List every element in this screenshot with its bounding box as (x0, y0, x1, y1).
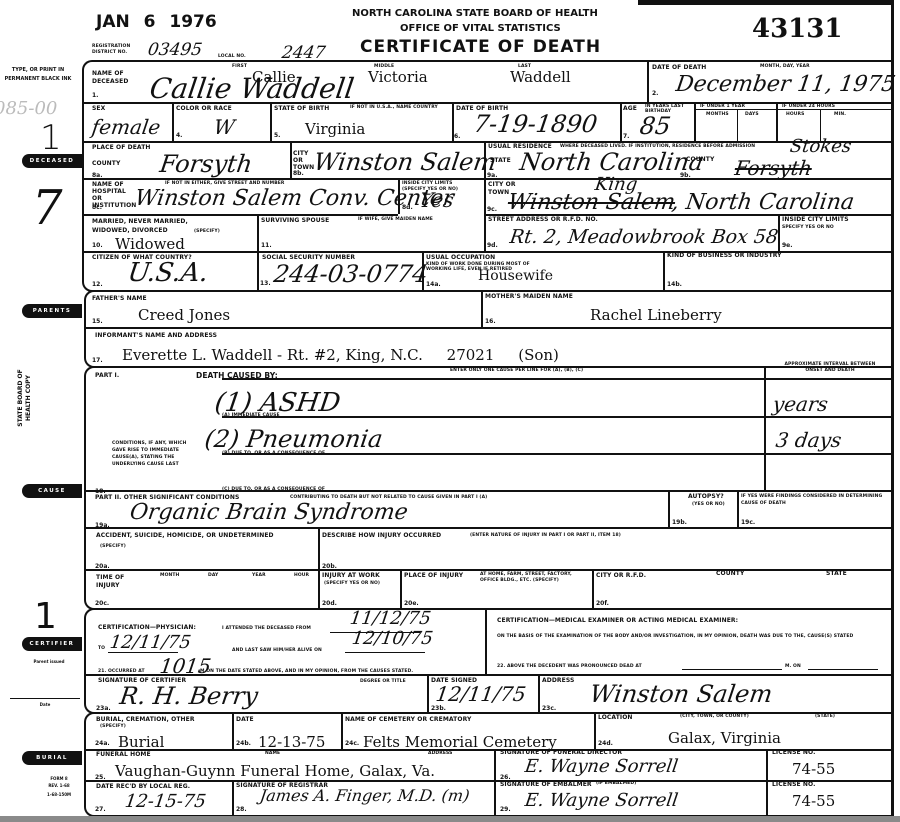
month-label: MONTH (160, 573, 179, 578)
interval-label: APPROXIMATE INTERVAL BETWEEN ONSET AND D… (775, 362, 885, 374)
top-bar (638, 0, 893, 5)
divider (494, 749, 496, 817)
certifier-signature: R. H. Berry (118, 682, 260, 710)
ssn: 244-03-0774 (272, 260, 430, 288)
sex: female (90, 115, 162, 139)
row-line (86, 749, 891, 751)
mother-label: MOTHER'S MAIDEN NAME (485, 293, 573, 300)
sub-line (694, 109, 891, 110)
res-state-label: STATE (490, 157, 511, 164)
burial-date-label: DATE (236, 716, 254, 723)
divider (257, 214, 259, 292)
row-line (86, 327, 891, 329)
item-8c: 8c. (92, 204, 102, 211)
accident-sub: (SPECIFY) (100, 544, 126, 549)
street-label: STREET ADDRESS OR R.F.D. No. (488, 216, 598, 223)
me-m-on: M. ON (785, 664, 801, 669)
margin-mark-2: 7 (32, 180, 63, 236)
item-8d: 8d. (402, 204, 413, 211)
date-of-birth: 7-19-1890 (472, 110, 599, 138)
divider (764, 366, 766, 490)
time-of-injury-label: TIME OF INJURY (96, 574, 136, 590)
row-line (86, 674, 891, 676)
item-13: 13. (260, 280, 271, 287)
age-label: AGE (623, 105, 637, 112)
res-city-state: , North Carolina (670, 190, 856, 215)
date-underline (10, 698, 80, 699)
attended-to: 12/11/75 (109, 632, 193, 653)
form-info-1: FORM 8 (44, 776, 74, 781)
item-7: 7. (623, 133, 629, 140)
divider (538, 675, 540, 713)
county-label: COUNTY (92, 160, 120, 167)
director-label: SIGNATURE OF FUNERAL DIRECTOR (500, 749, 622, 756)
divider (620, 102, 622, 142)
inside-limits: Yes (418, 188, 455, 212)
item-4: 4. (176, 132, 182, 139)
birth-state-label: STATE OF BIRTH (274, 105, 329, 112)
item-1: 1. (92, 92, 98, 99)
funeral-home: Vaughan-Guynn Funeral Home, Galax, Va. (115, 762, 435, 780)
item-15: 15. (92, 318, 103, 325)
autopsy-sub: (YES OR NO) (692, 502, 725, 507)
res-county-struck: Forsyth (733, 156, 813, 180)
address-label: ADDRESS (542, 677, 574, 684)
divider (766, 749, 768, 817)
race-label: COLOR OR RACE (176, 105, 232, 112)
form-info-2: REV. 1-68 (44, 783, 74, 788)
ink-instruction: TYPE, OR PRINT IN PERMANENT BLACK INK (0, 66, 76, 84)
one-cause-note: ENTER ONLY ONE CAUSE PER LINE FOR (a), (… (450, 368, 583, 373)
to-label: TO (98, 646, 105, 651)
res-state: North Carolina (518, 148, 705, 176)
citizenship: U.S.A. (126, 258, 210, 288)
hour-label: HOUR (294, 573, 309, 578)
item-6: 6. (454, 133, 460, 140)
business-label: KIND OF BUSINESS OR INDUSTRY (667, 252, 782, 259)
divider (318, 527, 320, 609)
item-23c: 23c. (542, 705, 556, 712)
sex-label: SEX (92, 105, 105, 112)
degree-label: DEGREE OR TITLE (360, 679, 406, 684)
father-label: FATHER'S NAME (92, 295, 147, 302)
divider (400, 569, 402, 609)
certifier-address: Winston Salem (588, 680, 774, 708)
disposition-label: BURIAL, CREMATION, OTHER (96, 716, 195, 723)
age: 85 (638, 112, 672, 140)
at-work-label: INJURY AT WORK (322, 572, 380, 579)
name-label: NAME OF DECEASED (92, 70, 132, 86)
due-to-b: (2) Pneumonia (203, 425, 384, 453)
last-name: Waddell (510, 68, 571, 86)
attended-text: I ATTENDED THE DECEASED FROM (222, 626, 311, 631)
describe-label: DESCRIBE HOW INJURY OCCURRED (322, 532, 441, 539)
city-rfd-label: CITY OR R.F.D. (596, 572, 646, 579)
row-line (84, 178, 290, 180)
row-line (86, 490, 891, 492)
item-2: 2. (652, 90, 658, 97)
divider (694, 102, 696, 142)
item-11: 11. (261, 242, 272, 249)
describe-sub: (ENTER NATURE OF INJURY IN PART I OR PAR… (470, 533, 621, 538)
row-line (222, 416, 891, 418)
tab-certifier: CERTIFIER (22, 637, 82, 651)
res-inside-label: INSIDE CITY LIMITS (782, 216, 849, 223)
date-note: Date (30, 702, 60, 707)
due-to-b-interval: 3 days (774, 428, 843, 452)
item-29: 29. (500, 806, 511, 813)
fill-line (345, 652, 425, 653)
location-label: LOCATION (598, 714, 633, 721)
race: W (212, 115, 236, 139)
mother-name: Rachel Lineberry (590, 306, 722, 324)
first-label: FIRST (232, 64, 247, 69)
item-5: 5. (274, 132, 280, 139)
director-license: 74-55 (792, 760, 835, 778)
day-label: DAY (208, 573, 218, 578)
res-city: King (594, 174, 639, 195)
item-14a: 14a. (426, 281, 441, 288)
divider (172, 102, 174, 142)
divider (647, 60, 649, 103)
res-county: Stokes (789, 136, 853, 157)
item-23a: 23a. (96, 705, 111, 712)
marital-sub: (SPECIFY) (194, 229, 220, 234)
res-inside-sub: SPECIFY YES OR NO (782, 225, 834, 230)
faint-code: 085-00 (0, 98, 57, 119)
tab-burial: BURIAL (22, 751, 82, 765)
year-label: YEAR (252, 573, 266, 578)
margin-mark-3: 1 (34, 596, 57, 637)
fill-line (682, 669, 782, 670)
divider (270, 102, 272, 142)
tab-deceased: DECEASED (22, 154, 82, 168)
item-19b: 19b. (672, 519, 687, 526)
item-28: 28. (236, 806, 247, 813)
embalmer-license-label: LICENSE NO. (772, 781, 815, 788)
divider (232, 780, 234, 817)
bottom-edge (0, 816, 900, 822)
divider (778, 214, 780, 252)
item-20d: 20d. (322, 600, 337, 607)
informant: Everette L. Waddell - Rt. #2, King, N.C.… (122, 346, 559, 364)
marital-label: MARRIED, NEVER MARRIED, WIDOWED, DIVORCE… (92, 217, 210, 235)
item-14b: 14b. (667, 281, 682, 288)
margin-mark-1: 1 (40, 118, 62, 158)
item-12: 12. (92, 281, 103, 288)
res-county-label: COUNTY (686, 156, 714, 163)
director-license-label: LICENSE NO. (772, 749, 815, 756)
fill-line (108, 652, 178, 653)
divider (668, 490, 670, 528)
item-27: 27. (95, 806, 106, 813)
row-line (84, 214, 398, 216)
months-label: MONTHS (706, 112, 729, 117)
item-9c: 9c. (487, 206, 497, 213)
last-saw-text: AND LAST SAW HIM/HER ALIVE ON (232, 648, 322, 653)
fh-address-label: ADDRESS (428, 751, 452, 756)
embalmer-sub: (IF EMBALMED) (596, 781, 636, 786)
parent-issued-note: Parent issued (24, 659, 74, 664)
item-19c: 19c. (741, 519, 755, 526)
min-label: MIN. (834, 112, 846, 117)
tab-cause: CAUSE (22, 484, 82, 498)
item-9d: 9d. (487, 242, 498, 249)
informant-label: INFORMANT'S NAME AND ADDRESS (95, 332, 217, 339)
conditions-note: CONDITIONS, IF ANY, WHICH GAVE RISE TO I… (112, 440, 187, 468)
father-name: Creed Jones (138, 306, 230, 324)
divider (592, 569, 594, 609)
location-sub: (CITY, TOWN, OR COUNTY) (680, 714, 749, 719)
embalmer-license: 74-55 (792, 792, 835, 810)
registrar-signature: James A. Finger, M.D. (m) (259, 786, 471, 805)
at-work-sub: (SPECIFY YES OR NO) (324, 581, 380, 586)
item-8b: 8b. (293, 170, 304, 177)
divider (481, 290, 483, 328)
item-24b: 24b. (236, 740, 251, 747)
death-city: Winston Salem (312, 148, 498, 176)
divider (484, 141, 486, 253)
item-24c: 24c. (345, 740, 359, 747)
place-of-death-label: PLACE OF DEATH (92, 144, 151, 151)
immediate-interval: years (771, 392, 829, 416)
item-24d: 24d. (598, 740, 613, 747)
days-label: DAYS (745, 112, 759, 117)
registration-label: REGISTRATION DISTRICT NO. (92, 44, 132, 56)
me-label: CERTIFICATION—MEDICAL EXAMINER OR ACTING… (497, 617, 738, 624)
item-20f: 20f. (596, 600, 609, 607)
street-address: Rt. 2, Meadowbrook Box 58 (508, 226, 779, 248)
disposition-sub: (SPECIFY) (100, 724, 126, 729)
injury-county-label: COUNTY (716, 570, 744, 577)
occupation: Housewife (478, 268, 553, 284)
city-label: CITY OR TOWN (293, 150, 313, 171)
row-line (222, 453, 891, 455)
attended-from: 11/12/75 (349, 608, 433, 629)
birth-state-sub: IF NOT IN U.S.A., NAME COUNTRY (350, 105, 438, 110)
row-line (86, 780, 891, 782)
fill-line (808, 669, 878, 670)
row-line (290, 178, 891, 180)
item-20e: 20e. (404, 600, 419, 607)
local-no-label: LOCAL NO. (218, 54, 246, 59)
divider (341, 712, 343, 750)
date-of-death-label: DATE OF DEATH (652, 64, 706, 71)
recd-label: DATE REC'D BY LOCAL REG. (96, 783, 190, 790)
place-injury-label: PLACE OF INJURY (404, 572, 463, 579)
location: Galax, Virginia (668, 729, 781, 747)
divider (737, 490, 739, 528)
physician-label: CERTIFICATION—PHYSICIAN: (98, 624, 196, 631)
spouse-sub: IF WIFE, GIVE MAIDEN NAME (358, 217, 433, 222)
autopsy-label: AUTOPSY? (688, 493, 724, 500)
death-county: Forsyth (158, 150, 254, 178)
certificate-number: 43131 (752, 14, 842, 44)
findings-label: IF YES WERE FINDINGS CONSIDERED IN DETER… (741, 493, 887, 507)
last-saw-date: 12/10/75 (351, 628, 435, 649)
me-text: ON THE BASIS OF THE EXAMINATION OF THE B… (497, 628, 887, 646)
document-title: CERTIFICATE OF DEATH (360, 37, 601, 57)
agency-line-1: NORTH CAROLINA STATE BOARD OF HEALTH (352, 8, 598, 19)
tab-parents: PARENTS (22, 304, 82, 318)
agency-line-2: OFFICE OF VITAL STATISTICS (400, 23, 561, 34)
item-10: 10. (92, 242, 103, 249)
hours-label: HOURS (786, 112, 804, 117)
item-23b: 23b. (431, 705, 446, 712)
date-signed: 12/11/75 (434, 682, 527, 706)
injury-state-label: STATE (826, 570, 847, 577)
location-state-label: (STATE) (815, 714, 835, 719)
row-line (222, 378, 891, 380)
divider (737, 110, 738, 142)
row-line (86, 527, 891, 529)
cemetery-label: NAME OF CEMETERY OR CREMATORY (345, 716, 471, 723)
divider (422, 251, 424, 291)
item-17: 17. (92, 357, 103, 364)
accident-label: ACCIDENT, SUICIDE, HOMICIDE, OR UNDETERM… (96, 532, 274, 539)
occupation-label: USUAL OCCUPATION (426, 254, 495, 261)
filed-stamp: JAN 6 1976 (96, 12, 217, 32)
birth-state: Virginia (305, 120, 365, 138)
divider (776, 102, 778, 142)
spouse-label: SURVIVING SPOUSE (261, 217, 329, 224)
part2-conditions: Organic Brain Syndrome (128, 500, 409, 525)
me-line-22: 22. ABOVE THE DECEDENT WAS PRONOUNCED DE… (497, 664, 642, 669)
divider (232, 712, 234, 750)
director-signature: E. Wayne Sorrell (524, 756, 680, 777)
state-copy-note: STATE BOARD OF HEALTH COPY (17, 363, 33, 433)
inside-limits-label: INSIDE CITY LIMITS (402, 181, 452, 186)
row-line (86, 569, 891, 571)
divider (663, 251, 665, 291)
place-injury-sub: AT HOME, FARM, STREET, FACTORY, OFFICE B… (480, 572, 590, 584)
divider (398, 178, 400, 214)
registration-district: 03495 (147, 40, 204, 60)
divider (485, 608, 487, 675)
embalmer-signature: E. Wayne Sorrell (524, 790, 680, 811)
form-info-3: 1-68-150M (44, 792, 74, 797)
item-9e: 9e. (782, 242, 793, 249)
res-city-struck: Winston Salem (506, 190, 677, 215)
recd-date: 12-15-75 (124, 791, 208, 812)
funeral-home-label: FUNERAL HOME (96, 751, 151, 758)
embalmer-label: SIGNATURE OF EMBALMER (500, 781, 592, 788)
part1-label: PART I. (95, 372, 119, 379)
item-24a: 24a. (95, 740, 110, 747)
divider (427, 675, 429, 713)
middle-name: Victoria (368, 68, 428, 86)
fh-name-label: NAME (265, 751, 280, 756)
divider (594, 712, 596, 750)
date-of-death-sub: MONTH, DAY, YEAR (760, 64, 810, 69)
item-16: 16. (485, 318, 496, 325)
first-name: Callie (252, 68, 296, 86)
divider (290, 141, 292, 179)
item-20c: 20c. (95, 600, 109, 607)
row-line (84, 102, 891, 104)
date-of-death: December 11, 1975 (674, 72, 897, 97)
